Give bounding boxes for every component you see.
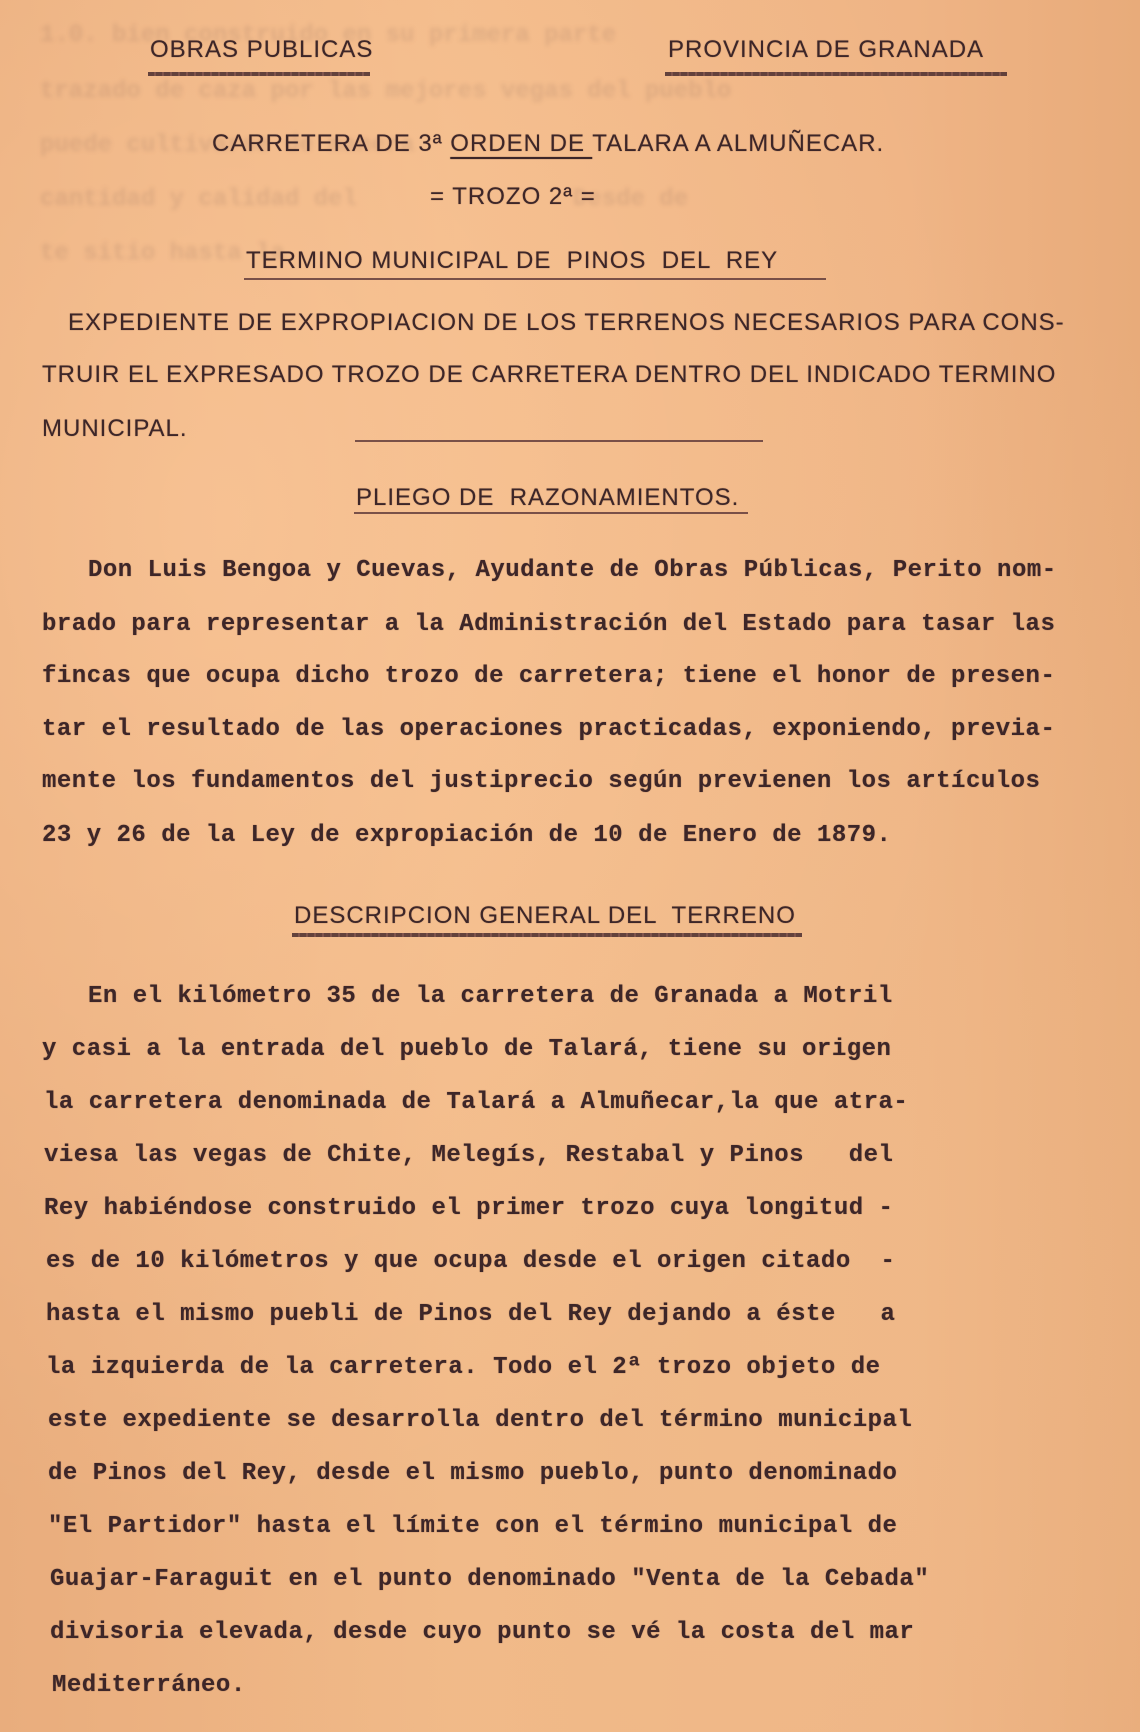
pliego-line: tar el resultado de las operaciones prac… — [42, 716, 1055, 743]
bleed-through-text: trazado de caza por las mejores vegas de… — [40, 78, 731, 105]
header-right: PROVINCIA DE GRANADA — [668, 36, 984, 64]
descripcion-line: la izquierda de la carretera. Todo el 2ª… — [46, 1354, 881, 1381]
road-title-underlined: ORDEN DE — [450, 130, 592, 157]
pliego-line: 23 y 26 de la Ley de expropiación de 10 … — [42, 822, 891, 849]
pliego-heading-rule — [354, 512, 748, 514]
pliego-line: Don Luis Bengoa y Cuevas, Ayudante de Ob… — [88, 557, 1057, 584]
municipality-title: TERMINO MUNICIPAL DE PINOS DEL REY — [246, 247, 778, 275]
road-title: CARRETERA DE 3ª ORDEN DE TALARA A ALMUÑE… — [212, 130, 884, 158]
descripcion-line: la carretera denominada de Talará a Almu… — [44, 1089, 908, 1116]
separator-rule — [355, 440, 763, 442]
descripcion-line: es de 10 kilómetros y que ocupa desde el… — [46, 1248, 895, 1275]
expediente-line: TRUIR EL EXPRESADO TROZO DE CARRETERA DE… — [42, 361, 1056, 389]
expediente-line: MUNICIPAL. — [42, 415, 188, 443]
descripcion-line: "El Partidor" hasta el límite con el tér… — [48, 1513, 897, 1540]
descripcion-heading-rule — [292, 933, 802, 937]
pliego-heading: PLIEGO DE RAZONAMIENTOS. — [356, 484, 739, 512]
expediente-line: EXPEDIENTE DE EXPROPIACION DE LOS TERREN… — [68, 309, 1065, 337]
descripcion-line: Rey habiéndose construido el primer troz… — [44, 1195, 893, 1222]
descripcion-line: En el kilómetro 35 de la carretera de Gr… — [88, 983, 893, 1010]
pliego-line: brado para representar a la Administraci… — [42, 611, 1055, 638]
header-left: OBRAS PUBLICAS — [150, 36, 373, 64]
descripcion-line: este expediente se desarrolla dentro del… — [48, 1407, 912, 1434]
document-page: 1.0. bien construido en su primera parte… — [0, 0, 1140, 1732]
descripcion-line: Guajar-Faraguit en el punto denominado "… — [50, 1566, 929, 1593]
road-title-prefix: CARRETERA DE 3ª — [212, 130, 450, 157]
descripcion-line: viesa las vegas de Chite, Melegís, Resta… — [44, 1142, 893, 1169]
descripcion-line: de Pinos del Rey, desde el mismo pueblo,… — [48, 1460, 897, 1487]
pliego-line: fincas que ocupa dicho trozo de carreter… — [42, 663, 1055, 690]
pliego-line: mente los fundamentos del justiprecio se… — [42, 768, 1040, 795]
descripcion-line: Mediterráneo. — [52, 1672, 246, 1699]
descripcion-line: y casi a la entrada del pueblo de Talará… — [42, 1036, 891, 1063]
descripcion-line: divisoria elevada, desde cuyo punto se v… — [50, 1619, 914, 1646]
road-title-suffix: TALARA A ALMUÑECAR. — [592, 130, 884, 157]
descripcion-line: hasta el mismo puebli de Pinos del Rey d… — [46, 1301, 895, 1328]
header-right-rule — [665, 72, 1007, 76]
header-left-rule — [148, 72, 370, 76]
bleed-through-text: 1.0. bien construido en su primera parte — [40, 22, 717, 49]
section-label: = TROZO 2ª = — [430, 183, 596, 211]
municipality-rule — [244, 278, 826, 280]
descripcion-heading: DESCRIPCION GENERAL DEL TERRENO — [294, 902, 796, 930]
